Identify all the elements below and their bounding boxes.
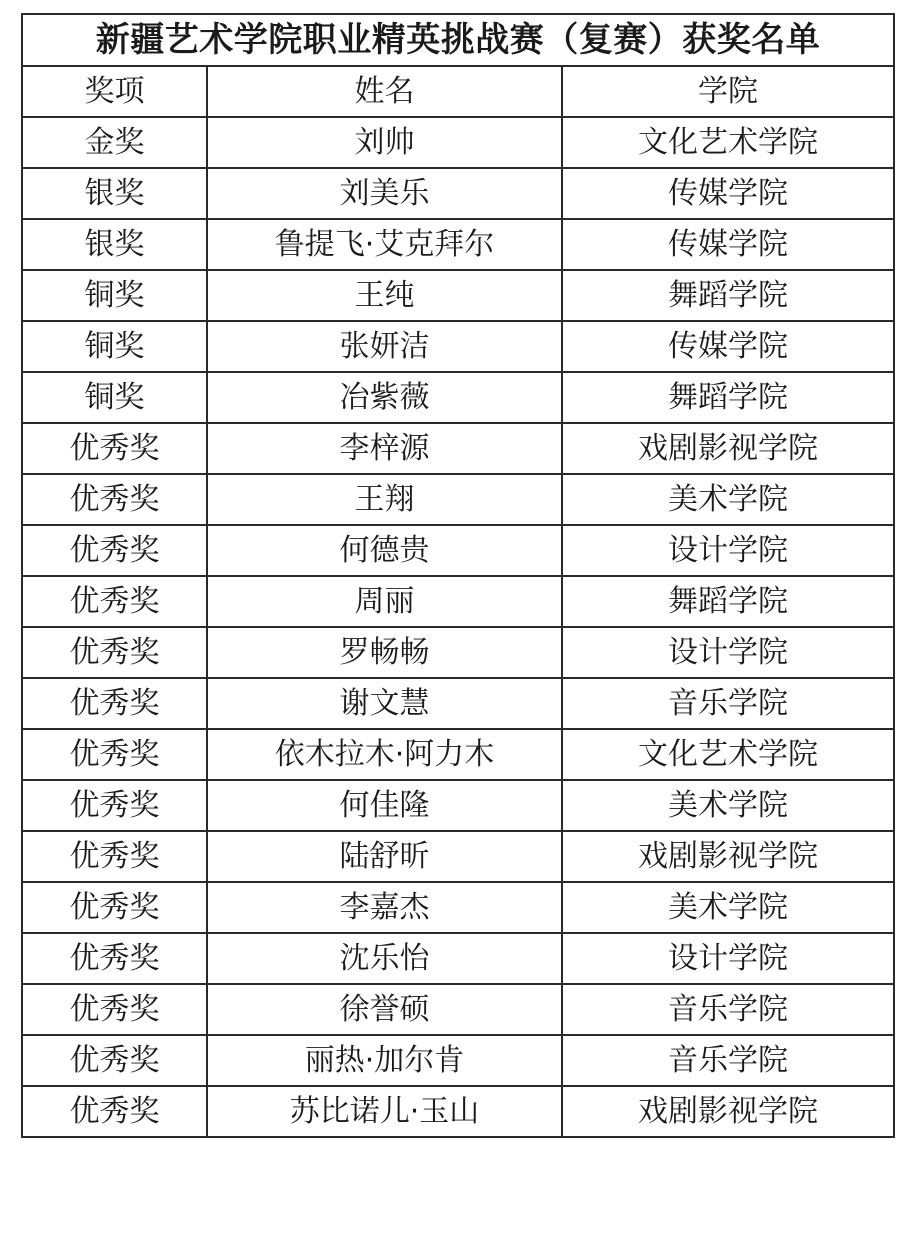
college-cell: 设计学院 [562, 627, 894, 678]
college-cell: 美术学院 [562, 474, 894, 525]
table-row: 优秀奖何佳隆美术学院 [22, 780, 894, 831]
college-cell: 舞蹈学院 [562, 270, 894, 321]
college-cell: 美术学院 [562, 882, 894, 933]
name-cell: 沈乐怡 [207, 933, 562, 984]
college-cell: 传媒学院 [562, 321, 894, 372]
college-cell: 文化艺术学院 [562, 117, 894, 168]
college-cell: 音乐学院 [562, 678, 894, 729]
award-cell: 优秀奖 [22, 1035, 207, 1086]
table-row: 优秀奖罗畅畅设计学院 [22, 627, 894, 678]
award-cell: 优秀奖 [22, 831, 207, 882]
college-cell: 舞蹈学院 [562, 576, 894, 627]
column-header-college: 学院 [562, 66, 894, 117]
table-row: 铜奖王纯舞蹈学院 [22, 270, 894, 321]
name-cell: 苏比诺儿·玉山 [207, 1086, 562, 1137]
table-row: 优秀奖王翔美术学院 [22, 474, 894, 525]
college-cell: 设计学院 [562, 525, 894, 576]
name-cell: 刘美乐 [207, 168, 562, 219]
name-cell: 刘帅 [207, 117, 562, 168]
award-cell: 优秀奖 [22, 933, 207, 984]
college-cell: 舞蹈学院 [562, 372, 894, 423]
award-cell: 金奖 [22, 117, 207, 168]
award-cell: 优秀奖 [22, 678, 207, 729]
college-cell: 音乐学院 [562, 1035, 894, 1086]
column-header-name: 姓名 [207, 66, 562, 117]
award-cell: 优秀奖 [22, 627, 207, 678]
table-row: 优秀奖依木拉木·阿力木文化艺术学院 [22, 729, 894, 780]
award-list-document: 新疆艺术学院职业精英挑战赛（复赛）获奖名单 奖项 姓名 学院 金奖刘帅文化艺术学… [21, 13, 893, 1138]
table-row: 银奖刘美乐传媒学院 [22, 168, 894, 219]
college-cell: 文化艺术学院 [562, 729, 894, 780]
name-cell: 谢文慧 [207, 678, 562, 729]
table-row: 铜奖张妍洁传媒学院 [22, 321, 894, 372]
award-cell: 优秀奖 [22, 474, 207, 525]
award-cell: 铜奖 [22, 372, 207, 423]
name-cell: 周丽 [207, 576, 562, 627]
name-cell: 张妍洁 [207, 321, 562, 372]
award-cell: 铜奖 [22, 270, 207, 321]
name-cell: 鲁提飞·艾克拜尔 [207, 219, 562, 270]
award-cell: 银奖 [22, 168, 207, 219]
award-cell: 优秀奖 [22, 525, 207, 576]
award-cell: 铜奖 [22, 321, 207, 372]
college-cell: 美术学院 [562, 780, 894, 831]
award-cell: 优秀奖 [22, 576, 207, 627]
name-cell: 冶紫薇 [207, 372, 562, 423]
header-row: 奖项 姓名 学院 [22, 66, 894, 117]
name-cell: 徐誉硕 [207, 984, 562, 1035]
college-cell: 设计学院 [562, 933, 894, 984]
table-row: 铜奖冶紫薇舞蹈学院 [22, 372, 894, 423]
name-cell: 李嘉杰 [207, 882, 562, 933]
table-row: 优秀奖李嘉杰美术学院 [22, 882, 894, 933]
award-table: 新疆艺术学院职业精英挑战赛（复赛）获奖名单 奖项 姓名 学院 金奖刘帅文化艺术学… [21, 13, 895, 1138]
award-cell: 优秀奖 [22, 423, 207, 474]
name-cell: 王翔 [207, 474, 562, 525]
college-cell: 戏剧影视学院 [562, 1086, 894, 1137]
college-cell: 音乐学院 [562, 984, 894, 1035]
table-row: 优秀奖周丽舞蹈学院 [22, 576, 894, 627]
name-cell: 陆舒昕 [207, 831, 562, 882]
table-row: 优秀奖苏比诺儿·玉山戏剧影视学院 [22, 1086, 894, 1137]
name-cell: 李梓源 [207, 423, 562, 474]
college-cell: 传媒学院 [562, 219, 894, 270]
document-title: 新疆艺术学院职业精英挑战赛（复赛）获奖名单 [22, 14, 894, 66]
column-header-award: 奖项 [22, 66, 207, 117]
award-cell: 优秀奖 [22, 882, 207, 933]
table-row: 优秀奖沈乐怡设计学院 [22, 933, 894, 984]
award-cell: 优秀奖 [22, 1086, 207, 1137]
award-cell: 银奖 [22, 219, 207, 270]
college-cell: 传媒学院 [562, 168, 894, 219]
name-cell: 何德贵 [207, 525, 562, 576]
name-cell: 丽热·加尔肯 [207, 1035, 562, 1086]
title-row: 新疆艺术学院职业精英挑战赛（复赛）获奖名单 [22, 14, 894, 66]
table-row: 银奖鲁提飞·艾克拜尔传媒学院 [22, 219, 894, 270]
table-row: 优秀奖徐誉硕音乐学院 [22, 984, 894, 1035]
award-cell: 优秀奖 [22, 729, 207, 780]
name-cell: 罗畅畅 [207, 627, 562, 678]
table-row: 优秀奖李梓源戏剧影视学院 [22, 423, 894, 474]
name-cell: 何佳隆 [207, 780, 562, 831]
award-cell: 优秀奖 [22, 780, 207, 831]
table-row: 金奖刘帅文化艺术学院 [22, 117, 894, 168]
table-row: 优秀奖谢文慧音乐学院 [22, 678, 894, 729]
name-cell: 依木拉木·阿力木 [207, 729, 562, 780]
college-cell: 戏剧影视学院 [562, 423, 894, 474]
table-row: 优秀奖丽热·加尔肯音乐学院 [22, 1035, 894, 1086]
table-row: 优秀奖陆舒昕戏剧影视学院 [22, 831, 894, 882]
table-row: 优秀奖何德贵设计学院 [22, 525, 894, 576]
name-cell: 王纯 [207, 270, 562, 321]
award-cell: 优秀奖 [22, 984, 207, 1035]
college-cell: 戏剧影视学院 [562, 831, 894, 882]
